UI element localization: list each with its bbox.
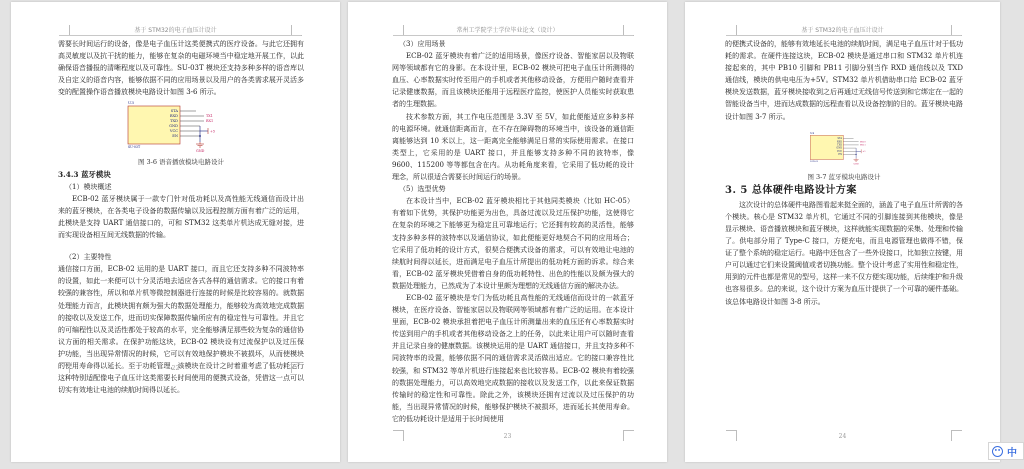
page-number: 24 — [685, 433, 1000, 440]
paragraph: ECB-02 蓝牙模块属于一款专门针对低功耗以及高性能无线通信而设计出来的蓝牙模… — [58, 193, 304, 241]
svg-text:GND: GND — [196, 149, 205, 153]
svg-text:+5: +5 — [862, 150, 866, 153]
figure-caption: 图 3-6 语音播放模块电路设计 — [58, 156, 304, 168]
svg-text:EN: EN — [838, 153, 842, 156]
figure-caption: 图 3-7 蓝牙模块电路设计 — [725, 171, 963, 183]
svg-text:GND: GND — [854, 162, 860, 165]
page-body: 的便携式设备的，能够有效地延长电池的续航时间，满足电子血压计对于低功耗的需求。在… — [725, 38, 963, 308]
paragraph: 通信接口方面，ECB-02 运用的是 UART 接口，而且它还支持多种不同波特率… — [58, 263, 304, 396]
document-page-23: 常州工学院学士学位毕业论文（设计） （3）应用场景 ECB-02 蓝牙模块有着广… — [348, 2, 667, 462]
page-number: 22 — [11, 365, 340, 372]
subheading: （5）选型优势 — [392, 183, 634, 195]
paragraph: 在本设计当中，ECB-02 蓝牙模块相比于其他同类模块（比如 HC-05）有着如… — [392, 195, 634, 292]
paragraph: 这次设计的总体硬件电路图看起来挺全面的，涵盖了电子血压计所需的各个模块。核心是 … — [725, 199, 963, 308]
svg-text:GND: GND — [169, 124, 178, 128]
paragraph: 的便携式设备的，能够有效地延长电池的续航时间，满足电子血压计对于低功耗的需求。在… — [725, 38, 963, 123]
bluetooth-module-circuit-diagram: U4 STA RXD TXD GND VCC EN — [809, 129, 879, 171]
paragraph: 技术参数方面，其工作电压范围是 3.3V 至 5V，如此便能适应多种多样的电源环… — [392, 111, 634, 184]
header-rule — [59, 35, 301, 36]
svg-text:TXD: TXD — [170, 119, 178, 123]
header-rule — [393, 35, 633, 36]
paragraph: ECB-02 蓝牙模块是专门为低功耗且高性能的无线通信而设计的一款蓝牙模块，在医… — [392, 292, 634, 425]
section-heading: 3. 5 总体硬件电路设计方案 — [725, 183, 963, 199]
page-number: 23 — [348, 433, 667, 440]
svg-text:EN: EN — [172, 134, 178, 138]
subheading: （1）模块概述 — [58, 181, 304, 193]
document-page-22: 基于 STM32的电子血压计设计 需要长时间运行的设备，像是电子血压计这类便携式… — [11, 2, 340, 462]
section-heading: 3.4.3 蓝牙模块 — [58, 169, 304, 181]
svg-text:STA: STA — [171, 109, 179, 113]
header-rule — [726, 35, 961, 36]
svg-text:SU-03T: SU-03T — [128, 145, 141, 149]
ime-toolbar[interactable]: •• 中 — [988, 442, 1024, 460]
paragraph: ECB-02 蓝牙模块有着广泛的适用场景，像医疗设备、智能家居以及物联网等领域都… — [392, 50, 634, 110]
svg-text:TX1: TX1 — [206, 114, 213, 118]
svg-text:ECB-02: ECB-02 — [810, 161, 818, 163]
svg-text:RX1: RX1 — [206, 119, 213, 123]
svg-text:VCC: VCC — [169, 129, 178, 133]
svg-text:RXD: RXD — [170, 114, 178, 118]
subheading: （3）应用场景 — [392, 38, 634, 50]
svg-text:PB11: PB11 — [860, 143, 866, 146]
ime-language-toggle[interactable]: 中 — [1007, 444, 1017, 459]
page-body: （3）应用场景 ECB-02 蓝牙模块有着广泛的适用场景，像医疗设备、智能家居以… — [392, 38, 634, 425]
page-body: 需要长时间运行的设备，像是电子血压计这类便携式的医疗设备。与此它还拥有高灵敏度以… — [58, 38, 304, 396]
svg-text:U4: U4 — [810, 132, 814, 135]
subheading: （2）主要特性 — [58, 251, 304, 263]
paragraph: 需要长时间运行的设备，像是电子血压计这类便携式的医疗设备。与此它还拥有高灵敏度以… — [58, 38, 304, 98]
voice-module-circuit-diagram: U3 STA RXD TXD GND VCC EN — [126, 98, 236, 156]
document-page-24: 基于 STM32的电子血压计设计 的便携式设备的，能够有效地延长电池的续航时间，… — [685, 2, 1000, 462]
chip-ref: U3 — [128, 100, 134, 105]
svg-text:+5: +5 — [210, 130, 215, 134]
ime-emoji-icon[interactable]: •• — [992, 446, 1003, 457]
